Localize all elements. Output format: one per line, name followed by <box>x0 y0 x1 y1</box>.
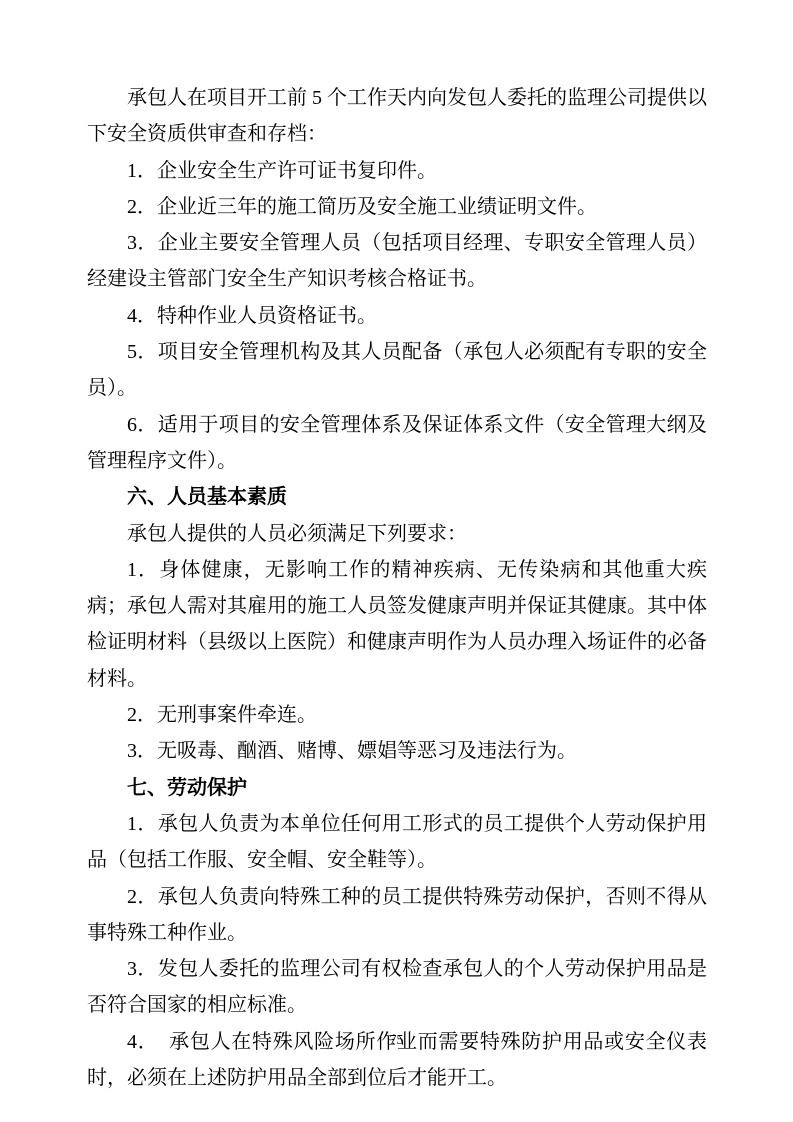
list-item: 2．无刑事案件牵连。 <box>87 697 707 733</box>
list-item: 1．承包人负责为本单位任何用工形式的员工提供个人劳动保护用品（包括工作服、安全帽… <box>87 806 707 879</box>
page-number: 75 <box>0 1033 793 1049</box>
list-item: 3．无吸毒、酗酒、赌博、嫖娼等恶习及违法行为。 <box>87 733 707 769</box>
document-page: 承包人在项目开工前 5 个工作天内向发包人委托的监理公司提供以下安全资质供审查和… <box>0 0 793 1122</box>
list-item: 6．适用于项目的安全管理体系及保证体系文件（安全管理大纲及管理程序文件）。 <box>87 407 707 480</box>
section-heading-7: 七、劳动保护 <box>87 770 707 806</box>
list-item: 1．身体健康，无影响工作的精神疾病、无传染病和其他重大疾病；承包人需对其雇用的施… <box>87 552 707 697</box>
paragraph-intro: 承包人在项目开工前 5 个工作天内向发包人委托的监理公司提供以下安全资质供审查和… <box>87 80 707 153</box>
list-item: 3．企业主要安全管理人员（包括项目经理、专职安全管理人员）经建设主管部门安全生产… <box>87 225 707 298</box>
list-item: 2．企业近三年的施工简历及安全施工业绩证明文件。 <box>87 189 707 225</box>
paragraph-section6-intro: 承包人提供的人员必须满足下列要求： <box>87 516 707 552</box>
list-item: 5．项目安全管理机构及其人员配备（承包人必须配有专职的安全员）。 <box>87 334 707 407</box>
list-item: 4．特种作业人员资格证书。 <box>87 298 707 334</box>
list-item: 2．承包人负责向特殊工种的员工提供特殊劳动保护，否则不得从事特殊工种作业。 <box>87 879 707 952</box>
document-body: 承包人在项目开工前 5 个工作天内向发包人委托的监理公司提供以下安全资质供审查和… <box>87 80 707 1096</box>
section-heading-6: 六、人员基本素质 <box>87 479 707 515</box>
list-item: 1．企业安全生产许可证书复印件。 <box>87 153 707 189</box>
list-item: 3．发包人委托的监理公司有权检查承包人的个人劳动保护用品是否符合国家的相应标准。 <box>87 951 707 1024</box>
